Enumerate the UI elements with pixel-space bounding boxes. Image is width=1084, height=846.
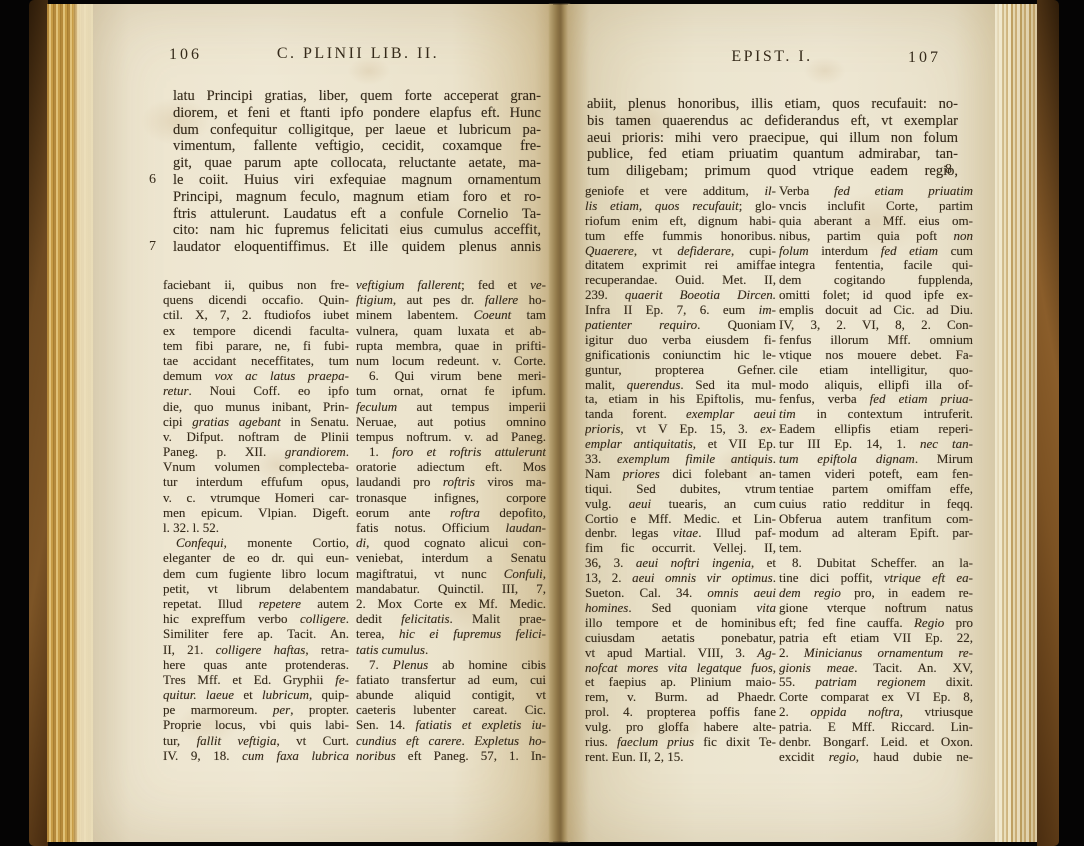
text-line: here quas ante protenderas. <box>163 657 349 672</box>
right-page: EPIST. I. 107 abiit, plenus honoribus, i… <box>568 4 996 842</box>
left-running-title: C. PLINII LIB. II. <box>248 45 468 63</box>
text-line: cipi gratias agebant in Senatu. <box>163 414 349 429</box>
text-line: hic expreffum verbo colligere. <box>163 611 349 626</box>
text-line: v. c. vtrumque Homeri car- <box>163 490 349 505</box>
text-line: Confequi, monente Cortio, <box>163 535 349 550</box>
text-line: Cortio e Mff. Medic. et Lin- <box>585 512 776 527</box>
text-line: vncis inclufit Corte, partim <box>779 199 973 214</box>
text-line: quens dicendi occafio. Quin- <box>163 292 349 307</box>
text-line: emplar antiquitatis, et VII Ep. <box>585 437 776 452</box>
text-line: illo tempore et de hominibus <box>585 616 776 631</box>
left-margin-number-6: 6 <box>149 172 156 188</box>
text-line: quia aberant a Mff. eius om- <box>779 214 973 229</box>
right-body-text: abiit, plenus honoribus, illis etiam, qu… <box>587 96 958 180</box>
text-line: demum vox ac latus praepa- <box>163 368 349 383</box>
text-line: gnificationis coniunctim hic le- <box>585 348 776 363</box>
text-line: Corte comparat ex VI Ep. 8, <box>779 690 973 705</box>
page-edges-right <box>995 4 1039 842</box>
text-line: Sen. 14. fatiatis et expletis iu- <box>356 717 546 732</box>
right-footnotes-column-2: Verba fed etiam priuatimvncis inclufit C… <box>779 184 973 765</box>
text-line: gione vterque noftrum natus <box>779 601 973 616</box>
text-line: ftris attulerunt. Laudatus eft a confule… <box>173 206 541 223</box>
text-line: lis etiam, quos recufauit; glo- <box>585 199 776 214</box>
text-line: vtique nos mouere debet. Fa- <box>779 348 973 363</box>
text-line: riofum enim eft, dignum habi- <box>585 214 776 229</box>
text-line: dedit felicitatis. Malit prae- <box>356 611 546 626</box>
text-line: tum ornat, ornat fe ipfum. <box>356 383 546 398</box>
text-line: caeteris lubenter careat. Cic. <box>356 702 546 717</box>
text-line: terea, hic ei fupremus felici- <box>356 626 546 641</box>
right-margin-number-8: 8 <box>945 162 952 178</box>
text-line: Proprie locus, vbi quis labi- <box>163 717 349 732</box>
text-line: Tres Mff. et Ed. Gryphii fe- <box>163 672 349 687</box>
text-line: fenfus, verba fed etiam priua- <box>779 392 973 407</box>
text-line: nibus, partim quia poft non <box>779 229 973 244</box>
text-line: l. 32. l. 52. <box>163 520 349 535</box>
text-line: rent. Eun. II, 2, 15. <box>585 750 776 765</box>
text-line: tum epiftola dignam. Mirum <box>779 452 973 467</box>
right-running-title: EPIST. I. <box>662 48 882 66</box>
text-line: Neruae, aut potius omnino <box>356 414 546 429</box>
text-line: Eadem ellipfis etiam reperi- <box>779 422 973 437</box>
text-line: denbr. legas vitae. Illud paf- <box>585 526 776 541</box>
text-line: recuperandae. Ouid. Met. II, <box>585 273 776 288</box>
text-line: 239. quaerit Boeotia Dircen. <box>585 288 776 303</box>
text-line: retur. Noui Coff. eo ipfo <box>163 383 349 398</box>
text-line: tur, fallit veftigia, vt Curt. <box>163 733 349 748</box>
left-body-text: latu Principi gratias, liber, quem forte… <box>173 88 541 256</box>
text-line: igitur duo verba eiusdem fi- <box>585 333 776 348</box>
text-line: fim fic occurrit. Vellej. II, <box>585 541 776 556</box>
text-line: 1. foro et roftris attulerunt <box>356 444 546 459</box>
text-line: minem labentem. Coeunt tam <box>356 307 546 322</box>
text-line: git, quae parum apte collocata, reluctan… <box>173 155 541 172</box>
text-line: le coiit. Huius viri exfequiae magnum or… <box>173 172 541 189</box>
text-line: IV, 3, 2. VI, 8, 2. Con- <box>779 318 973 333</box>
text-line: eleganter de eo dr. qui eun- <box>163 550 349 565</box>
text-line: die, quo munus inibant, Prin- <box>163 399 349 414</box>
text-line: tamen videri poteft, eam fen- <box>779 467 973 482</box>
text-line: 6. Qui virum bene meri- <box>356 368 546 383</box>
right-footnotes-column-1: geniofe et vere additum, il-lis etiam, q… <box>585 184 776 765</box>
text-line: denbr. Bongarf. Leid. et Oxon. <box>779 735 973 750</box>
text-line: oratorie adiectum eft. Mos <box>356 459 546 474</box>
text-line: ta, etiam in his Epiftolis, mu- <box>585 392 776 407</box>
text-line: vulg. aeui tuearis, an cum <box>585 497 776 512</box>
text-line: gionis meae. Tacit. An. XV, <box>779 661 973 676</box>
text-line: tatis cumulus. <box>356 642 546 657</box>
text-line: modo aliquis, ellipfi illa of- <box>779 378 973 393</box>
text-line: 55. patriam regionem dixit. <box>779 675 973 690</box>
text-line: 8. Dubitat Scheffer. an la- <box>779 556 973 571</box>
text-line: tentiae partem omiffam effe, <box>779 482 973 497</box>
text-line: tempus noftrum. v. ad Paneg. <box>356 429 546 444</box>
text-line: pe marmoreum. per, propter. <box>163 702 349 717</box>
book-photograph: 106 C. PLINII LIB. II. latu Principi gra… <box>0 0 1084 846</box>
text-line: rius. faeclum prius fic dixit Te- <box>585 735 776 750</box>
text-line: dem cogitando fupplenda, <box>779 273 973 288</box>
text-line: Nam priores dici folebant an- <box>585 467 776 482</box>
text-line: omitti folet; id quod ipfe ex- <box>779 288 973 303</box>
text-line: 36, 3. aeui noftri ingenia, et <box>585 556 776 571</box>
text-line: abunde aliquid contigit, vt <box>356 687 546 702</box>
text-line: 13, 2. aeui omnis vir optimus. <box>585 571 776 586</box>
right-page-number: 107 <box>908 49 941 67</box>
text-line: patienter requiro. Quoniam <box>585 318 776 333</box>
text-line: cundius eft carere. Expletus ho- <box>356 733 546 748</box>
text-line: 2. Minicianus ornamentum re- <box>779 646 973 661</box>
text-line: mandabatur. Quinctil. III, 7, <box>356 581 546 596</box>
left-page-number: 106 <box>169 46 202 64</box>
text-line: tur III Ep. 14, 1. nec tan- <box>779 437 973 452</box>
text-line: dem regio pro, in eadem re- <box>779 586 973 601</box>
text-line: ftigium, aut pes dr. fallere ho- <box>356 292 546 307</box>
text-line: dum confequitur colligitque, per laeue e… <box>173 122 541 139</box>
text-line: tem fibi parare, ne, fi fubi- <box>163 338 349 353</box>
text-line: Sueton. Cal. 34. omnis aeui <box>585 586 776 601</box>
text-line: prioris, vt V Ep. 15, 3. ex- <box>585 422 776 437</box>
text-line: men epicum. Vlpian. Digeft. <box>163 505 349 520</box>
text-line: cuiusdam aetatis ponebatur, <box>585 631 776 646</box>
text-line: II, 21. colligere haftas, retra- <box>163 642 349 657</box>
text-line: cile etiam intelligitur, quo- <box>779 363 973 378</box>
gilt-page-edges-left <box>47 4 93 842</box>
text-line: cito: nam hic fupremus felicitati eius c… <box>173 222 541 239</box>
text-line: tum effe fummis honoribus. <box>585 229 776 244</box>
text-line: ex tempore dicendi faculta- <box>163 323 349 338</box>
text-line: ditatem exprimit rei amiffae <box>585 258 776 273</box>
text-line: patria. E Mff. Riccard. Lin- <box>779 720 973 735</box>
book-gutter <box>549 4 570 842</box>
text-line: patria eft etiam VII Ep. 22, <box>779 631 973 646</box>
text-line: eorum ante roftra depofito, <box>356 505 546 520</box>
text-line: Paneg. p. XII. grandiorem. <box>163 444 349 459</box>
text-line: tum diligebam; primum quod vtrique eadem… <box>587 163 958 180</box>
left-footnotes-column-2: veftigium fallerent; fed et ve-ftigium, … <box>356 277 546 763</box>
text-line: veniebat, interdum a Senatu <box>356 550 546 565</box>
text-line: Vnum volumen complecteba- <box>163 459 349 474</box>
text-line: excidit regio, haud dubie ne- <box>779 750 973 765</box>
text-line: prol. 4. propterea poffis fane <box>585 705 776 720</box>
text-line: 2. Mox Corte ex Mf. Medic. <box>356 596 546 611</box>
text-line: vimentum, fallente veftigio, cecidit, co… <box>173 138 541 155</box>
left-footnotes-column-1: faciebant ii, quibus non fre-quens dicen… <box>163 277 349 763</box>
text-line: Principi, magnum feculo, magnum etiam fo… <box>173 189 541 206</box>
text-line: eft; fed fine cauffa. Regio pro <box>779 616 973 631</box>
text-line: et faepius ap. Plinium maio- <box>585 675 776 690</box>
text-line: tem. <box>779 541 973 556</box>
text-line: tronasque infignes, corpore <box>356 490 546 505</box>
text-line: faciebant ii, quibus non fre- <box>163 277 349 292</box>
text-line: tim in contextum intruferit. <box>779 407 973 422</box>
text-line: publice, fed etiam priuatim quantum admi… <box>587 146 958 163</box>
text-line: Infra II Ep. 7, 6. eum im- <box>585 303 776 318</box>
text-line: v. Difput. noftram de Plinii <box>163 429 349 444</box>
text-line: cuius ratio redditur in feqq. <box>779 497 973 512</box>
text-line: veftigium fallerent; fed et ve- <box>356 277 546 292</box>
left-page: 106 C. PLINII LIB. II. latu Principi gra… <box>93 4 553 842</box>
text-line: Verba fed etiam priuatim <box>779 184 973 199</box>
text-line: homines. Sed quoniam vita <box>585 601 776 616</box>
text-line: geniofe et vere additum, il- <box>585 184 776 199</box>
text-line: tur interdum effufum opus, <box>163 474 349 489</box>
book-cover-right <box>1037 0 1059 846</box>
text-line: tae accidant neceffitates, tum <box>163 353 349 368</box>
text-line: petit, vt librum delabentem <box>163 581 349 596</box>
text-line: tine dici poffit, vtrique eft ea- <box>779 571 973 586</box>
left-margin-number-7: 7 <box>149 239 156 255</box>
text-line: repetat. Illud repetere autem <box>163 596 349 611</box>
text-line: di, quod cognato alicui con- <box>356 535 546 550</box>
text-line: Similiter fere ap. Tacit. An. <box>163 626 349 641</box>
text-line: bis tamen quaerendus ac defiderandus eft… <box>587 113 958 130</box>
text-line: noribus eft Paneg. 57, 1. In- <box>356 748 546 763</box>
text-line: latu Principi gratias, liber, quem forte… <box>173 88 541 105</box>
text-line: laudator eloquentiffimus. Et ille quidem… <box>173 239 541 256</box>
text-line: dem cum fugiente libro locum <box>163 566 349 581</box>
text-line: magiftratui, vt nunc Confuli, <box>356 566 546 581</box>
text-line: num locum redeunt. v. Corte. <box>356 353 546 368</box>
text-line: ctil. X, 7, 2. ftudiofos iubet <box>163 307 349 322</box>
text-line: feculum aut tempus imperii <box>356 399 546 414</box>
text-line: nofcat mores vita legatque fuos, <box>585 661 776 676</box>
text-line: folum interdum fed etiam cum <box>779 244 973 259</box>
text-line: modum ad alteram Epift. par- <box>779 526 973 541</box>
text-line: IV. 9, 18. cum faxa lubrica <box>163 748 349 763</box>
text-line: aeui prioris: mihi vero praecipue, qui i… <box>587 130 958 147</box>
text-line: vulg. pro gloffa habere alte- <box>585 720 776 735</box>
text-line: rem, v. Burm. ad Phaedr. <box>585 690 776 705</box>
text-line: fatis notus. Officium laudan- <box>356 520 546 535</box>
text-line: rupta membra, quae in prifti- <box>356 338 546 353</box>
text-line: abiit, plenus honoribus, illis etiam, qu… <box>587 96 958 113</box>
text-line: 33. exemplum fimile antiquis. <box>585 452 776 467</box>
text-line: malit, querendus. Sed ita mul- <box>585 378 776 393</box>
text-line: vt apud Martial. VIII, 3. Ag- <box>585 646 776 661</box>
text-line: Quaerere, vt defiderare, cupi- <box>585 244 776 259</box>
text-line: fenfus illorum Mff. omnium <box>779 333 973 348</box>
text-line: tanda forent. exemplar aeui <box>585 407 776 422</box>
text-line: quitur. laeue et lubricum, quip- <box>163 687 349 702</box>
text-line: 2. oppida noftra, vtriusque <box>779 705 973 720</box>
text-line: emplis docuit ad Cic. ad Diu. <box>779 303 973 318</box>
text-line: Obferua autem tranfitum com- <box>779 512 973 527</box>
text-line: 7. Plenus ab homine cibis <box>356 657 546 672</box>
text-line: tiqui. Sed dubites, vtrum <box>585 482 776 497</box>
text-line: integra fententia, facile qui- <box>779 258 973 273</box>
book-cover-left <box>29 0 48 846</box>
text-line: guntur, propterea Gefner. <box>585 363 776 378</box>
text-line: fatiato transfertur ad eum, cui <box>356 672 546 687</box>
text-line: laudandi pro roftris viros ma- <box>356 474 546 489</box>
text-line: vulnera, quam luxata et ab- <box>356 323 546 338</box>
text-line: diorem, et feni et ftanti ipfo pondere e… <box>173 105 541 122</box>
